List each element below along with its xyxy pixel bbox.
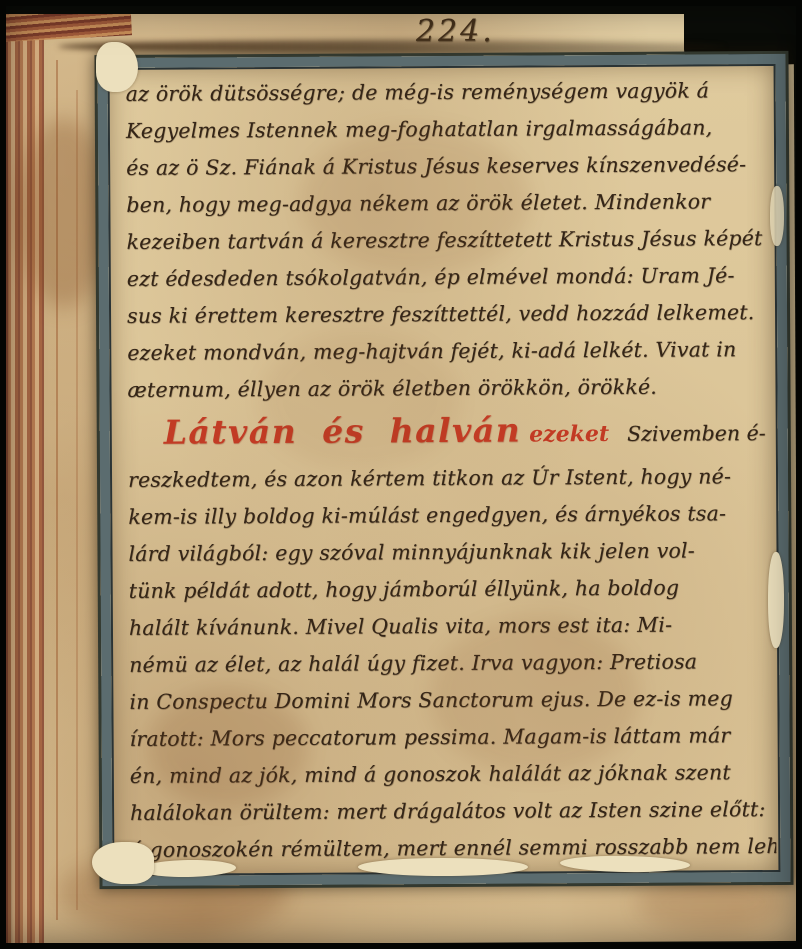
manuscript-line: ezeket mondván, meg-hajtván fejét, ki-ad… xyxy=(127,331,773,372)
stain-blob xyxy=(300,126,530,276)
manuscript-line: halált kívánunk. Mivel Qualis vita, mors… xyxy=(129,606,775,647)
scorch-mark xyxy=(58,40,726,53)
stain-blob xyxy=(148,688,308,808)
photo-background-band xyxy=(0,0,802,14)
torn-paper-patch xyxy=(768,552,784,648)
torn-paper-patch xyxy=(92,842,154,884)
torn-paper-patch xyxy=(96,42,138,92)
rubric-black-tail: Szivemben é- xyxy=(627,421,766,446)
stain-blob xyxy=(260,330,460,470)
stain-blob xyxy=(430,616,640,776)
torn-paper-patch xyxy=(358,858,528,876)
stain-blob xyxy=(636,876,786,931)
manuscript-photo: 224. az örök dütsösségre; de még-is remé… xyxy=(0,0,802,949)
manuscript-line: az örök dütsösségre; de még-is reménység… xyxy=(126,72,772,113)
manuscript-line: sus ki érettem keresztre feszíttettél, v… xyxy=(127,294,773,335)
rubric-red-small-text: ezeket xyxy=(529,421,609,447)
manuscript-line: kem-is illy boldog ki-múlást engedgyen, … xyxy=(128,495,774,536)
manuscript-line: tünk példát adott, hogy jámborúl éllyünk… xyxy=(129,569,775,610)
manuscript-line: lárd világból: egy szóval minnyájunknak … xyxy=(128,532,774,573)
manuscript-line: reszkedtem, és azon kértem titkon az Úr … xyxy=(128,458,774,499)
stain-blob xyxy=(18,118,110,308)
torn-paper-patch xyxy=(770,186,784,246)
page-number: 224. xyxy=(416,14,495,49)
